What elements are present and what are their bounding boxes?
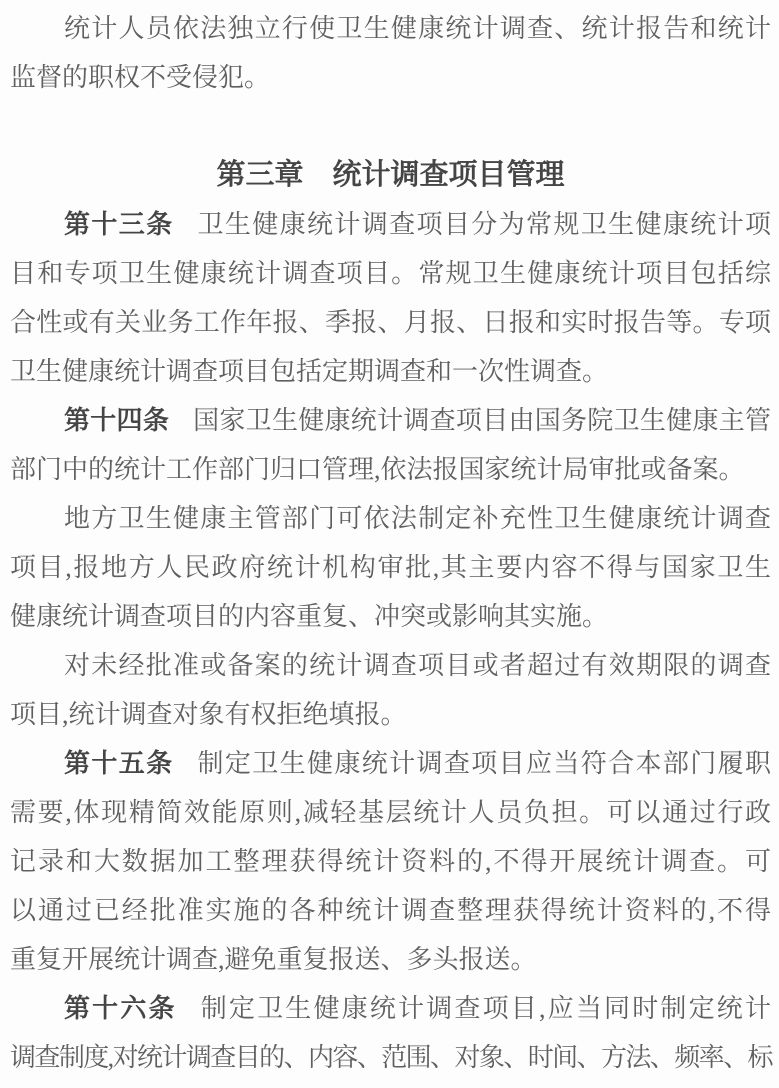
text-line: 第十六条制定卫生健康统计调查项目,应当同时制定统计 bbox=[10, 984, 771, 1033]
line-text: 重复开展统计调查,避免重复报送、多头报送。 bbox=[10, 945, 537, 974]
text-line: 项目,报地方人民政府统计机构审批,其主要内容不得与国家卫生 bbox=[10, 543, 771, 592]
line-text: 调查制度,对统计调查目的、内容、范围、对象、时间、方法、频率、标 bbox=[10, 1043, 771, 1072]
text-line: 第十三条卫生健康统计调查项目分为常规卫生健康统计项 bbox=[10, 200, 771, 249]
line-text: 以通过已经批准实施的各种统计调查整理获得统计资料的,不得 bbox=[10, 896, 771, 925]
line-text: 目和专项卫生健康统计调查项目。常规卫生健康统计项目包括综 bbox=[10, 259, 771, 288]
line-text: 记录和大数据加工整理获得统计资料的,不得开展统计调查。可 bbox=[10, 847, 771, 876]
chapter-heading: 第三章 统计调查项目管理 bbox=[10, 151, 771, 200]
text-line: 需要,体现精简效能原则,减轻基层统计人员负担。可以通过行政 bbox=[10, 788, 771, 837]
line-text: 项目,报地方人民政府统计机构审批,其主要内容不得与国家卫生 bbox=[10, 553, 771, 582]
line-text: 监督的职权不受侵犯。 bbox=[10, 63, 270, 92]
line-text: 制定卫生健康统计调查项目应当符合本部门履职 bbox=[198, 749, 771, 778]
line-text: 对未经批准或备案的统计调查项目或者超过有效期限的调查 bbox=[64, 651, 771, 680]
text-line: 部门中的统计工作部门归口管理,依法报国家统计局审批或备案。 bbox=[10, 445, 771, 494]
line-text: 国家卫生健康统计调查项目由国务院卫生健康主管 bbox=[193, 406, 771, 435]
text-line: 卫生健康统计调查项目包括定期调查和一次性调查。 bbox=[10, 347, 771, 396]
line-text: 制定卫生健康统计调查项目,应当同时制定统计 bbox=[201, 994, 771, 1023]
line-text: 需要,体现精简效能原则,减轻基层统计人员负担。可以通过行政 bbox=[10, 798, 771, 827]
text-line: 第十四条国家卫生健康统计调查项目由国务院卫生健康主管 bbox=[10, 396, 771, 445]
blank-line bbox=[10, 102, 771, 151]
line-text: 统计人员依法独立行使卫生健康统计调查、统计报告和统计 bbox=[64, 14, 771, 43]
document-page: 统计人员依法独立行使卫生健康统计调查、统计报告和统计 监督的职权不受侵犯。 第三… bbox=[0, 0, 779, 1088]
text-line: 目和专项卫生健康统计调查项目。常规卫生健康统计项目包括综 bbox=[10, 249, 771, 298]
line-text: 地方卫生健康主管部门可依法制定补充性卫生健康统计调查 bbox=[64, 504, 771, 533]
text-line: 项目,统计调查对象有权拒绝填报。 bbox=[10, 690, 771, 739]
text-line: 合性或有关业务工作年报、季报、月报、日报和实时报告等。专项 bbox=[10, 298, 771, 347]
text-line: 重复开展统计调查,避免重复报送、多头报送。 bbox=[10, 935, 771, 984]
text-line: 健康统计调查项目的内容重复、冲突或影响其实施。 bbox=[10, 592, 771, 641]
article-number: 第十三条 bbox=[64, 209, 174, 239]
article-number: 第十四条 bbox=[64, 405, 169, 435]
article-number: 第十六条 bbox=[64, 993, 177, 1023]
line-text: 合性或有关业务工作年报、季报、月报、日报和实时报告等。专项 bbox=[10, 308, 771, 337]
article-number: 第十五条 bbox=[64, 748, 174, 778]
text-line: 第十五条制定卫生健康统计调查项目应当符合本部门履职 bbox=[10, 739, 771, 788]
text-line: 记录和大数据加工整理获得统计资料的,不得开展统计调查。可 bbox=[10, 837, 771, 886]
line-text: 项目,统计调查对象有权拒绝填报。 bbox=[10, 700, 407, 729]
text-line: 调查制度,对统计调查目的、内容、范围、对象、时间、方法、频率、标 bbox=[10, 1033, 771, 1082]
chapter-heading-text: 第三章 统计调查项目管理 bbox=[216, 159, 564, 191]
text-line: 对未经批准或备案的统计调查项目或者超过有效期限的调查 bbox=[10, 641, 771, 690]
line-text: 卫生健康统计调查项目分为常规卫生健康统计项 bbox=[198, 210, 771, 239]
line-text: 健康统计调查项目的内容重复、冲突或影响其实施。 bbox=[10, 602, 608, 631]
line-text: 卫生健康统计调查项目包括定期调查和一次性调查。 bbox=[10, 357, 608, 386]
text-line: 以通过已经批准实施的各种统计调查整理获得统计资料的,不得 bbox=[10, 886, 771, 935]
text-line: 地方卫生健康主管部门可依法制定补充性卫生健康统计调查 bbox=[10, 494, 771, 543]
line-text: 部门中的统计工作部门归口管理,依法报国家统计局审批或备案。 bbox=[10, 455, 745, 484]
text-line: 统计人员依法独立行使卫生健康统计调查、统计报告和统计 bbox=[10, 4, 771, 53]
text-line: 监督的职权不受侵犯。 bbox=[10, 53, 771, 102]
